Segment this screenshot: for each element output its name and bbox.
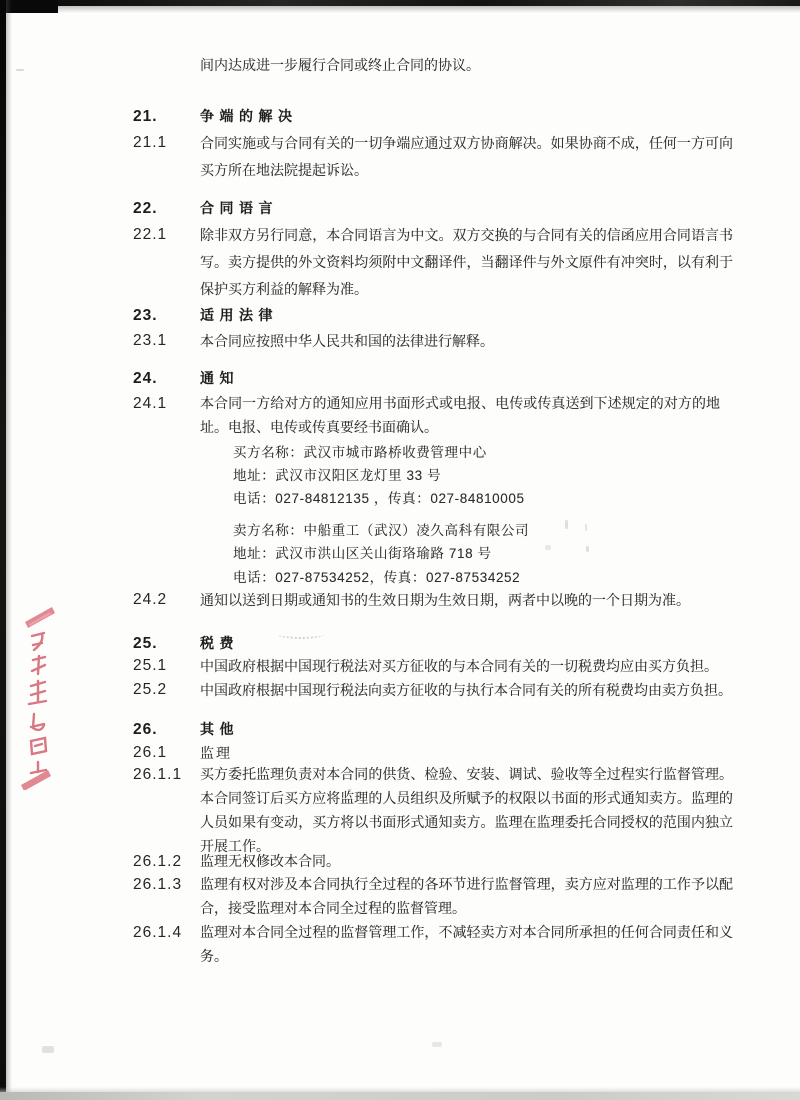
contract-text-block: 间内达成进一步履行合同或终止合同的协议。21.争端的解决21.1合同实施或与合同… xyxy=(0,0,800,1100)
clause-heading: 争端的解决 xyxy=(200,104,800,129)
clause-25-2: 25.2中国政府根据中国现行税法向卖方征收的与执行本合同有关的所有税费均由卖方负… xyxy=(0,677,800,704)
clause-25-1: 25.1中国政府根据中国现行税法对买方征收的与本合同有关的一切税费均应由买方负担… xyxy=(0,653,800,680)
clause-text: 间内达成进一步履行合同或终止合同的协议。 xyxy=(200,52,733,79)
clause-text: 地址：武汉市汉阳区龙灯里 33 号 xyxy=(233,464,800,487)
clause-text: 电话：027-84812135 ，传真：027-84810005 xyxy=(233,487,800,510)
buyer-name-line: 买方名称：武汉市城市路桥收费管理中心 xyxy=(0,441,800,464)
clause-number: 25.2 xyxy=(133,681,167,699)
clause-text: 中国政府根据中国现行税法对买方征收的与本合同有关的一切税费均应由买方负担。 xyxy=(200,653,733,680)
clause-21-1: 21.1合同实施或与合同有关的一切争端应通过双方协商解决。如果协商不成，任何一方… xyxy=(0,130,800,184)
clause-number: 21.1 xyxy=(133,134,167,152)
clause-text: 通知以送到日期或通知书的生效日期为生效日期，两者中以晚的一个日期为准。 xyxy=(200,587,733,614)
scanned-contract-page: 间内达成进一步履行合同或终止合同的协议。21.争端的解决21.1合同实施或与合同… xyxy=(0,0,800,1100)
clause-text: 监理无权修改本合同。 xyxy=(200,849,733,873)
clause-text: 电话：027-87534252，传真：027-87534252 xyxy=(233,566,800,589)
clause-heading: 合同语言 xyxy=(200,196,800,221)
clause-number: 25. xyxy=(133,635,158,653)
clause-heading: 其他 xyxy=(200,717,800,742)
clause-24-2: 24.2通知以送到日期或通知书的生效日期为生效日期，两者中以晚的一个日期为准。 xyxy=(0,587,800,614)
clause-23-1: 23.1本合同应按照中华人民共和国的法律进行解释。 xyxy=(0,328,800,355)
clause-number: 26.1.2 xyxy=(133,853,182,871)
clause-24-heading: 24.通知 xyxy=(0,366,800,391)
seller-address-line: 地址：武汉市洪山区关山街珞瑜路 718 号 xyxy=(0,542,800,565)
clause-text: 中国政府根据中国现行税法向卖方征收的与执行本合同有关的所有税费均由卖方负担。 xyxy=(200,677,733,704)
clause-number: 26. xyxy=(133,721,158,739)
seller-name-line: 卖方名称：中船重工（武汉）凌久高科有限公司 xyxy=(0,519,800,542)
clause-26-1-3: 26.1.3监理有权对涉及本合同执行全过程的各环节进行监督管理，卖方应对监理的工… xyxy=(0,872,800,920)
clause-heading: 适用法律 xyxy=(200,303,800,328)
clause-number: 26.1.1 xyxy=(133,766,182,784)
clause-24-1: 24.1本合同一方给对方的通知应用书面形式或电报、电传或传真送到下述规定的对方的… xyxy=(0,391,800,439)
clause-21-heading: 21.争端的解决 xyxy=(0,104,800,129)
clause-text: 买方委托监理负责对本合同的供货、检验、安装、调试、验收等全过程实行监督管理。本合… xyxy=(200,762,733,858)
clause-number: 23.1 xyxy=(133,332,167,350)
clause-text: 监理对本合同全过程的监督管理工作，不减轻卖方对本合同所承担的任何合同责任和义务。 xyxy=(200,920,733,968)
clause-text: 卖方名称：中船重工（武汉）凌久高科有限公司 xyxy=(233,519,800,542)
clause-text: 买方名称：武汉市城市路桥收费管理中心 xyxy=(233,441,800,464)
clause-number: 21. xyxy=(133,108,158,126)
clause-number: 26.1.4 xyxy=(133,924,182,942)
clause-text: 监理有权对涉及本合同执行全过程的各环节进行监督管理，卖方应对监理的工作予以配合，… xyxy=(200,872,733,920)
clause-number: 25.1 xyxy=(133,657,167,675)
buyer-address-line: 地址：武汉市汉阳区龙灯里 33 号 xyxy=(0,464,800,487)
clause-number: 24. xyxy=(133,370,158,388)
clause-text: 本合同一方给对方的通知应用书面形式或电报、电传或传真送到下述规定的对方的地址。电… xyxy=(200,391,720,439)
carryover-line: 间内达成进一步履行合同或终止合同的协议。 xyxy=(0,52,800,79)
buyer-phone-line: 电话：027-84812135 ，传真：027-84810005 xyxy=(0,487,800,510)
clause-number: 23. xyxy=(133,307,158,325)
clause-number: 24.1 xyxy=(133,395,167,413)
clause-text: 本合同应按照中华人民共和国的法律进行解释。 xyxy=(200,328,733,355)
clause-text: 除非双方另行同意，本合同语言为中文。双方交换的与合同有关的信函应用合同语言书写。… xyxy=(200,222,733,303)
clause-22-heading: 22.合同语言 xyxy=(0,196,800,221)
clause-22-1: 22.1除非双方另行同意，本合同语言为中文。双方交换的与合同有关的信函应用合同语… xyxy=(0,222,800,303)
clause-number: 24.2 xyxy=(133,591,167,609)
clause-number: 22. xyxy=(133,200,158,218)
clause-26-1-4: 26.1.4监理对本合同全过程的监督管理工作，不减轻卖方对本合同所承担的任何合同… xyxy=(0,920,800,968)
clause-26-1-1: 26.1.1买方委托监理负责对本合同的供货、检验、安装、调试、验收等全过程实行监… xyxy=(0,762,800,858)
clause-text: 地址：武汉市洪山区关山街珞瑜路 718 号 xyxy=(233,542,800,565)
clause-number: 26.1 xyxy=(133,744,167,762)
clause-number: 26.1.3 xyxy=(133,876,182,894)
clause-26-heading: 26.其他 xyxy=(0,717,800,742)
clause-number: 22.1 xyxy=(133,226,167,244)
clause-heading: 通知 xyxy=(200,366,800,391)
seller-phone-line: 电话：027-87534252，传真：027-87534252 xyxy=(0,566,800,589)
clause-26-1-2: 26.1.2监理无权修改本合同。 xyxy=(0,849,800,873)
clause-23-heading: 23.适用法律 xyxy=(0,303,800,328)
clause-text: 合同实施或与合同有关的一切争端应通过双方协商解决。如果协商不成，任何一方可向买方… xyxy=(200,130,733,184)
